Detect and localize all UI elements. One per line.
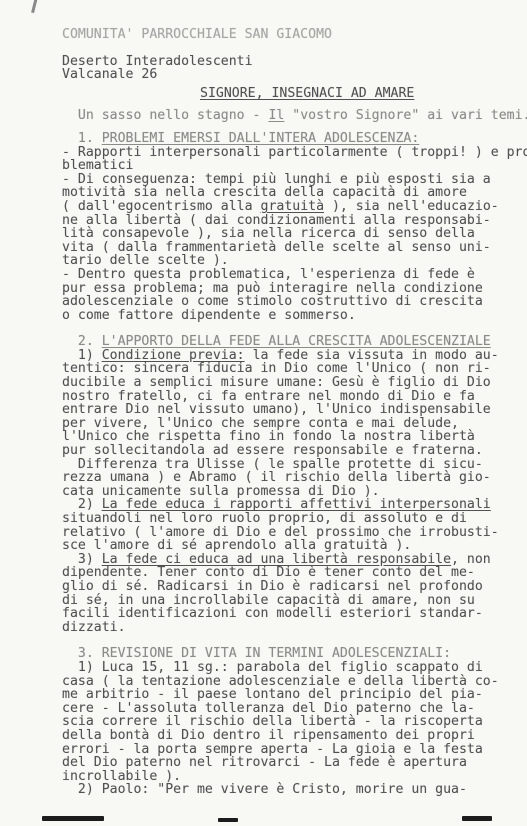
doc-line: ( dall'egocentrismo alla gratuità ), sia…: [62, 200, 518, 214]
doc-line: dizzati.: [62, 621, 518, 635]
doc-line: situandoli nel loro ruolo proprio, di as…: [62, 512, 518, 526]
doc-line: pur sollecitandola ad essere responsabil…: [62, 444, 518, 458]
doc-line: 3. REVISIONE DI VITA IN TERMINI ADOLESCE…: [62, 647, 518, 661]
doc-line: entrare Dio nel vissuto umano), l'Unico …: [62, 403, 518, 417]
scan-artifact-bar-middle: [218, 818, 238, 822]
org-line: COMUNITA' PARROCCHIALE SAN GIACOMO: [62, 28, 518, 42]
doc-line: scia correre il rischio della libertà - …: [62, 715, 518, 729]
doc-line: tario delle scelte ).: [62, 254, 518, 268]
scan-artifact-corner: [31, 0, 38, 13]
doc-line: glio di sé. Radicarsi in Dio è radicarsi…: [62, 580, 518, 594]
doc-line: 1. PROBLEMI EMERSI DALL'INTERA ADOLESCEN…: [62, 132, 518, 146]
doc-line: 2) Paolo: "Per me vivere è Cristo, morir…: [62, 783, 518, 797]
doc-line: sce l'amore di sé aprendolo alla gratuit…: [62, 539, 518, 553]
doc-line: facili identificazioni con modelli ester…: [62, 607, 518, 621]
doc-line: della bontà di Dio dentro il ripensament…: [62, 729, 518, 743]
scan-artifact-bar-left: [42, 816, 104, 821]
doc-line: lità consapevole ), sia nella ricerca di…: [62, 227, 518, 241]
doc-line: 1) Luca 15, 11 sg.: parabola del figlio …: [62, 661, 518, 675]
doc-line: 2. L'APPORTO DELLA FEDE ALLA CRESCITA AD…: [62, 335, 518, 349]
doc-line: adolescenziale o come stimolo costruttiv…: [62, 295, 518, 309]
place-line: Valcanale 26: [62, 68, 518, 82]
document-page: COMUNITA' PARROCCHIALE SAN GIACOMO Deser…: [0, 0, 527, 826]
doc-line: del Dio paterno nel ritrovarci - La fede…: [62, 756, 518, 770]
document-body: Un sasso nello stagno - Il "vostro Signo…: [62, 109, 518, 797]
doc-line: o come fattore dipendente e sommerso.: [62, 309, 518, 323]
doc-line: motività sia nella crescita della capaci…: [62, 186, 518, 200]
document-content: COMUNITA' PARROCCHIALE SAN GIACOMO Deser…: [62, 28, 518, 797]
document-title: SIGNORE, INSEGNACI AD AMARE: [62, 87, 518, 101]
doc-line: rezza umana ) e Abramo ( il rischio dell…: [62, 471, 518, 485]
doc-line: blematici: [62, 159, 518, 173]
scan-artifact-bar-right: [462, 816, 492, 821]
doc-line: ducibile a semplici misure umane: Gesù è…: [62, 376, 518, 390]
doc-line: me arbitrio - il paese lontano del princ…: [62, 688, 518, 702]
doc-line: - Dentro questa problematica, l'esperien…: [62, 268, 518, 282]
doc-line: 2) La fede educa i rapporti affettivi in…: [62, 498, 518, 512]
doc-line: Un sasso nello stagno - Il "vostro Signo…: [62, 109, 518, 123]
doc-line: l'Unico che rispetta fino in fondo la no…: [62, 430, 518, 444]
doc-line: dipendente. Tener conto di Dio è tener c…: [62, 566, 518, 580]
